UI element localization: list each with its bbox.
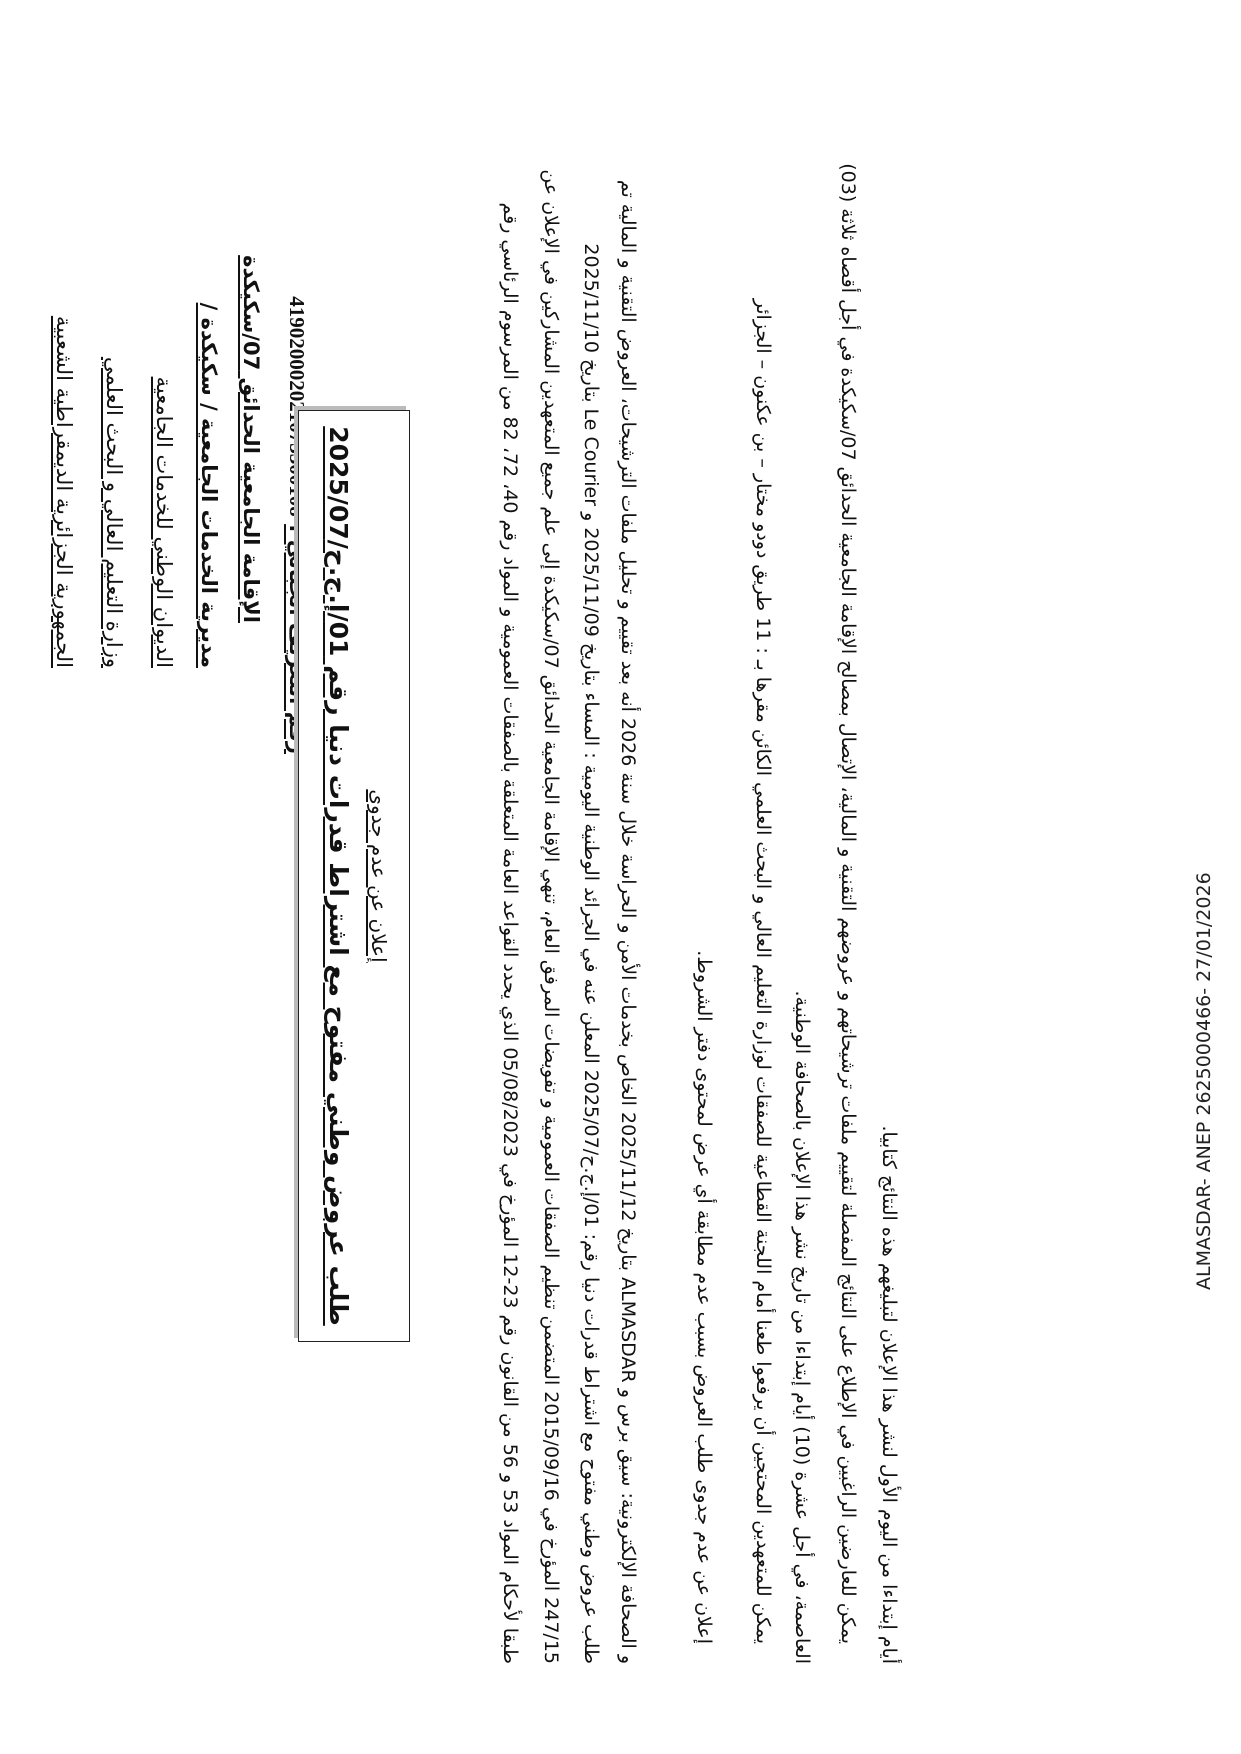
- paragraph-3-line-1: يمكن للعارضين الراغبين في الإطلاع على ال…: [838, 163, 857, 1644]
- header-line-republic: الجمهورية الجزائرية الديمقراطية الشعبية: [52, 316, 76, 668]
- header-line-onou: الديوان الوطني للخدمات الجامعية: [152, 377, 176, 668]
- paragraph-1-line-2: 247/15 المؤرخ في 2015/09/16 المتضمن تنظي…: [541, 169, 560, 1664]
- header-line-residence: الإقامة الجامعية الحدائق 07/سكيكدة: [239, 255, 263, 623]
- paragraph-2-line-2: العاصمة، في أجل عشرة (10) أيام إبتداءا م…: [792, 991, 811, 1664]
- paragraph-2-line-1: يمكن للمتعهدين المحتجين أن يرفعوا طعنا أ…: [753, 299, 772, 1644]
- header-line-directorate: مديرية الخدمات الجامعية / سكيكدة /: [197, 303, 221, 668]
- notice-title: إعلان عن عدم جدوى: [367, 411, 391, 1341]
- paragraph-1-line-5: إعلان عن عدم جدوى طلب العروض بسبب عدم مط…: [694, 950, 713, 1644]
- header-line-ministry: وزارة التعليم العالي و البحث العلمي: [102, 357, 126, 668]
- notice-title-box: إعلان عن عدم جدوى طلب عروض وطني مفتوح مع…: [298, 410, 410, 1342]
- notice-page: الجمهورية الجزائرية الديمقراطية الشعبية …: [0, 0, 1241, 1754]
- paragraph-1-line-1: طبقا لأحكام المواد 53 و 56 من القانون رق…: [500, 202, 519, 1664]
- paragraph-1-line-3: طلب عروض وطني مفتوح مع اشتراط قدرات دنيا…: [581, 243, 600, 1664]
- publication-stamp: ALMASDAR- ANEP 2625000466- 27/01/2026: [1193, 872, 1215, 1290]
- paragraph-1-line-4: و الصحافة الإلكترونية: سيق برس و ALMASDA…: [618, 180, 637, 1664]
- paragraph-3-line-2: أيام إبتداءا من اليوم الأول لنشر هذا الإ…: [879, 1126, 898, 1665]
- notice-subtitle: طلب عروض وطني مفتوح مع اشتراط قدرات دنيا…: [324, 411, 353, 1341]
